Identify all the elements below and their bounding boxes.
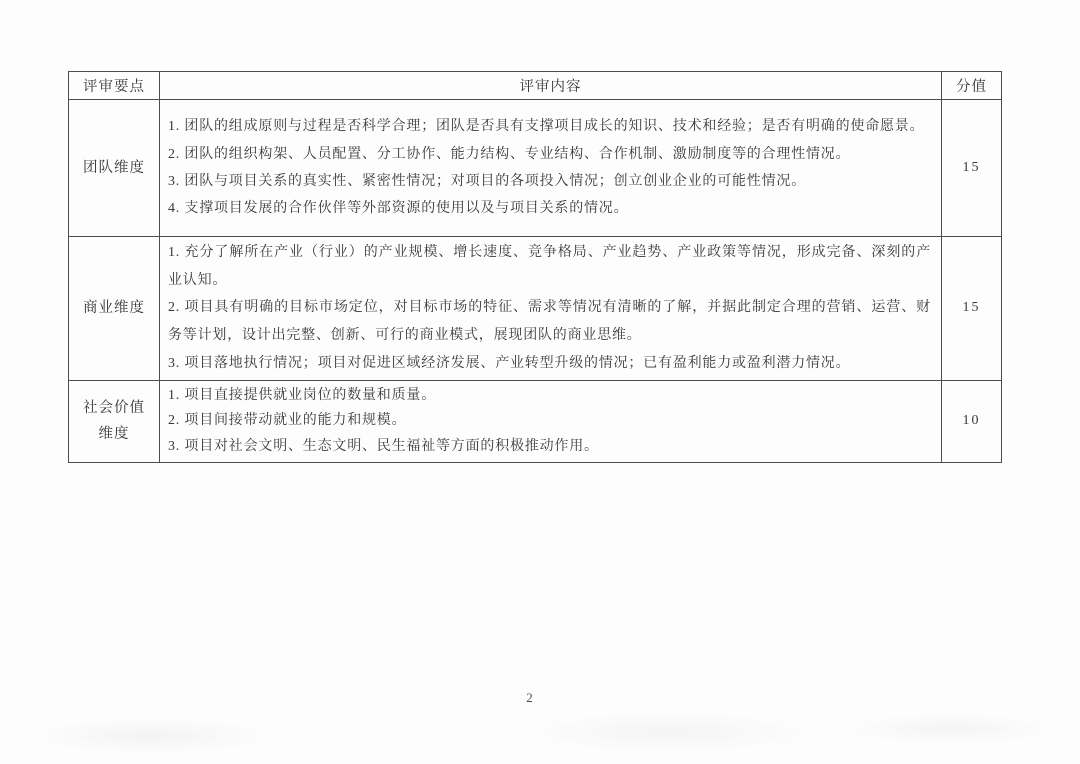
table-header-row: 评审要点 评审内容 分值	[69, 72, 1002, 100]
score-cell-business: 15	[942, 237, 1002, 381]
content-cell-business: 1. 充分了解所在产业（行业）的产业规模、增长速度、竞争格局、产业趋势、产业政策…	[160, 237, 942, 381]
column-header-criteria: 评审要点	[69, 72, 160, 100]
review-item: 3. 项目对社会文明、生态文明、民生福祉等方面的积极推动作用。	[168, 434, 931, 460]
review-item: 4. 支撑项目发展的合作伙伴等外部资源的使用以及与项目关系的情况。	[168, 195, 931, 222]
review-criteria-table: 评审要点 评审内容 分值 团队维度 1. 团队的组成原则与过程是否科学合理；团队…	[68, 71, 1002, 463]
review-item: 2. 项目具有明确的目标市场定位，对目标市场的特征、需求等情况有清晰的了解，并据…	[168, 294, 931, 349]
column-header-content: 评审内容	[160, 72, 942, 100]
review-item: 2. 项目间接带动就业的能力和规模。	[168, 408, 931, 434]
score-cell-social: 10	[942, 380, 1002, 463]
score-cell-team: 15	[942, 100, 1002, 237]
review-item: 2. 团队的组织构架、人员配置、分工协作、能力结构、专业结构、合作机制、激励制度…	[168, 141, 931, 168]
content-cell-social: 1. 项目直接提供就业岗位的数量和质量。 2. 项目间接带动就业的能力和规模。 …	[160, 380, 942, 463]
criteria-label: 商业维度	[69, 295, 159, 321]
table-row-social-value-dimension: 社会价值 维度 1. 项目直接提供就业岗位的数量和质量。 2. 项目间接带动就业…	[69, 380, 1002, 463]
column-header-score: 分值	[942, 72, 1002, 100]
content-cell-team: 1. 团队的组成原则与过程是否科学合理；团队是否具有支撑项目成长的知识、技术和经…	[160, 100, 942, 237]
table-row-business-dimension: 商业维度 1. 充分了解所在产业（行业）的产业规模、增长速度、竞争格局、产业趋势…	[69, 237, 1002, 381]
criteria-cell-social: 社会价值 维度	[69, 380, 160, 463]
criteria-label: 社会价值	[69, 395, 159, 421]
review-item: 1. 项目直接提供就业岗位的数量和质量。	[168, 383, 931, 409]
review-item: 1. 充分了解所在产业（行业）的产业规模、增长速度、竞争格局、产业趋势、产业政策…	[168, 239, 931, 294]
review-item: 1. 团队的组成原则与过程是否科学合理；团队是否具有支撑项目成长的知识、技术和经…	[168, 113, 931, 140]
page-number: 2	[0, 690, 1060, 706]
table-row-team-dimension: 团队维度 1. 团队的组成原则与过程是否科学合理；团队是否具有支撑项目成长的知识…	[69, 100, 1002, 237]
criteria-label: 团队维度	[69, 155, 159, 181]
criteria-label: 维度	[69, 421, 159, 447]
criteria-cell-team: 团队维度	[69, 100, 160, 237]
review-item: 3. 团队与项目关系的真实性、紧密性情况；对项目的各项投入情况；创立创业企业的可…	[168, 168, 931, 195]
criteria-cell-business: 商业维度	[69, 237, 160, 381]
review-item: 3. 项目落地执行情况；项目对促进区域经济发展、产业转型升级的情况；已有盈利能力…	[168, 350, 931, 378]
